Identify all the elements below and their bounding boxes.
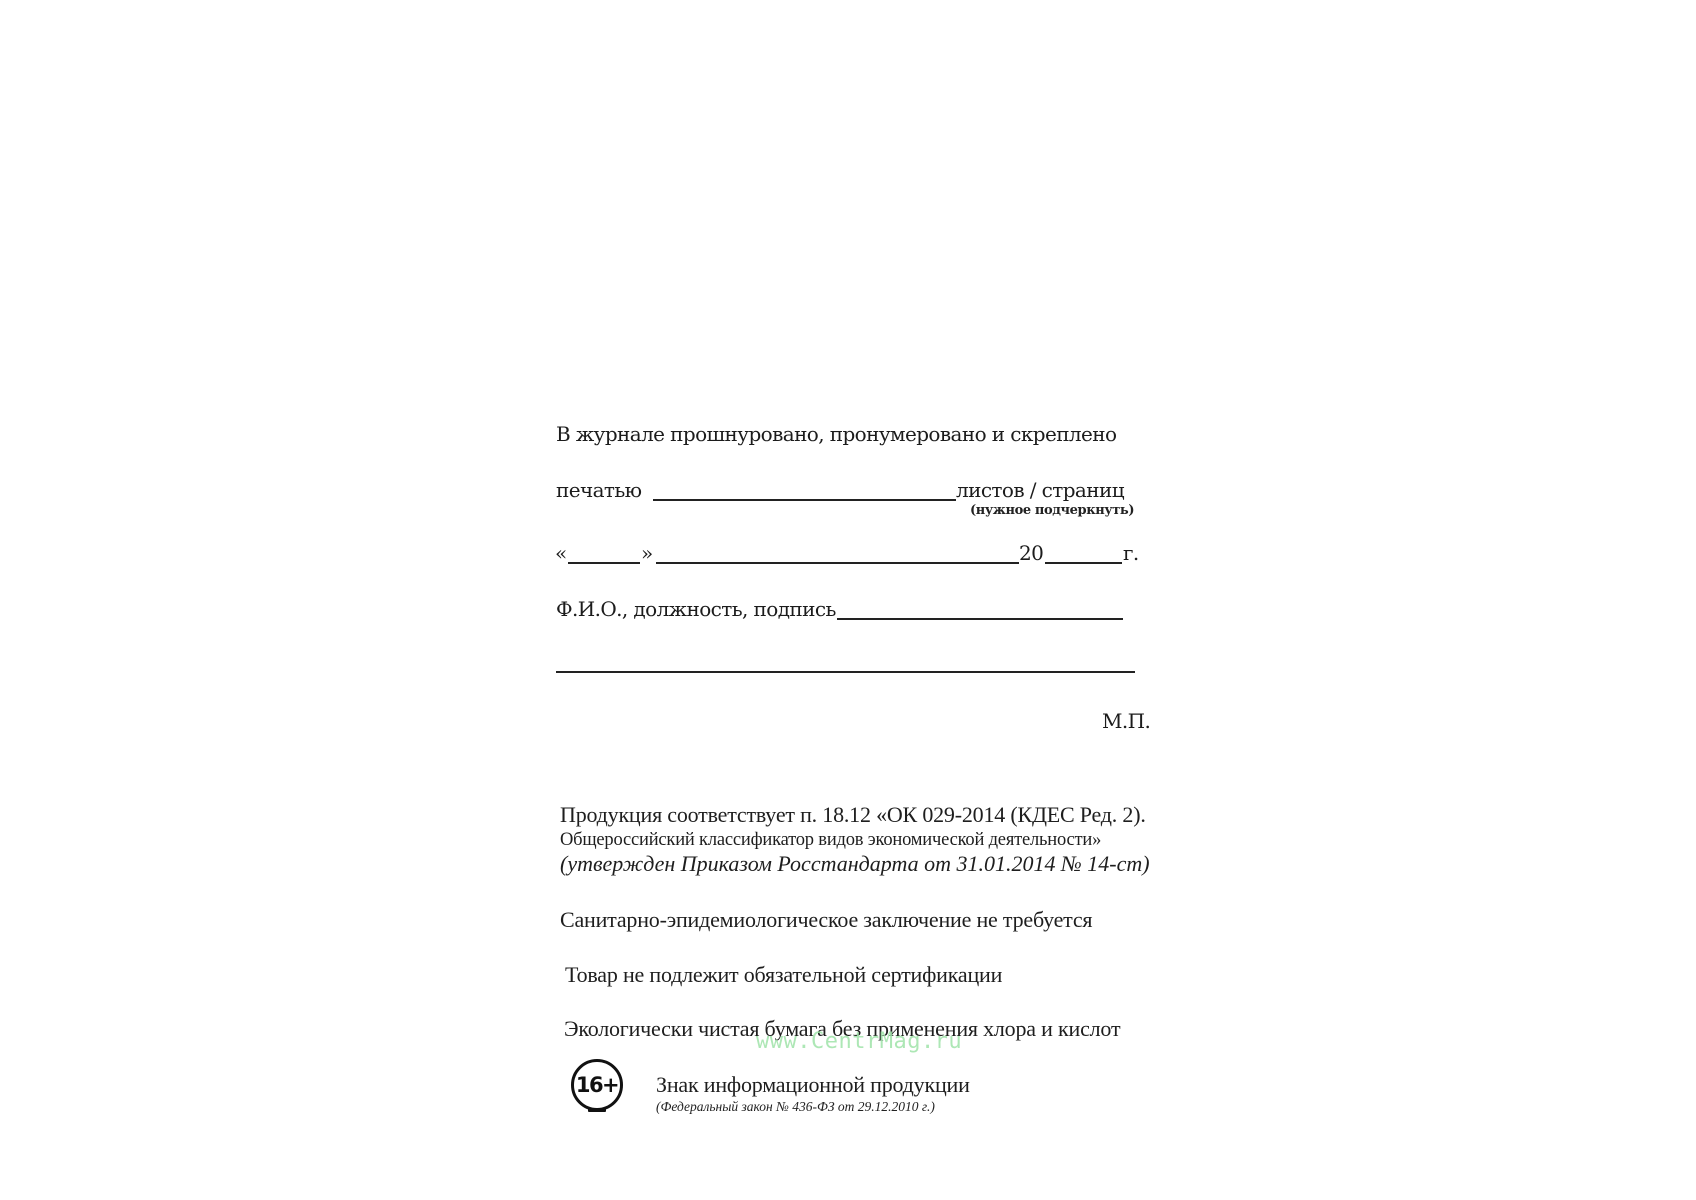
info-product-law-reference: (Федеральный закон № 436-ФЗ от 29.12.201… bbox=[656, 1100, 935, 1114]
certification-statement: Товар не подлежит обязательной сертифика… bbox=[565, 964, 1002, 986]
date-year-suffix: г. bbox=[1123, 543, 1139, 563]
signature-label: Ф.И.О., должность, подпись bbox=[556, 599, 836, 619]
age-rating-16-plus-icon: 16+ bbox=[571, 1059, 623, 1111]
age-rating-text: 16+ bbox=[576, 1073, 618, 1097]
site-watermark: www.CentrMag.ru bbox=[756, 1031, 962, 1053]
date-month-blank[interactable] bbox=[656, 562, 1019, 564]
okved-classifier-line: Общероссийский классификатор видов эконо… bbox=[560, 831, 1101, 850]
okved-compliance-line: Продукция соответствует п. 18.12 «ОК 029… bbox=[560, 804, 1146, 826]
date-day-blank[interactable] bbox=[568, 562, 640, 564]
signature-blank[interactable] bbox=[837, 618, 1123, 620]
date-open-quote: « bbox=[555, 543, 567, 563]
date-century: 20 bbox=[1019, 543, 1043, 563]
date-year-blank[interactable] bbox=[1045, 562, 1122, 564]
stamp-place-label: М.П. bbox=[1102, 711, 1150, 731]
date-close-quote: » bbox=[641, 543, 653, 563]
form-note-underline-needed: (нужное подчеркнуть) bbox=[970, 504, 1134, 517]
signature-continuation-blank[interactable] bbox=[556, 671, 1135, 673]
pages-count-blank[interactable] bbox=[653, 499, 956, 501]
form-label-seal: печатью bbox=[556, 480, 641, 500]
info-product-sign-label: Знак информационной продукции bbox=[656, 1074, 970, 1096]
form-line-laced-numbered: В журнале прошнуровано, пронумеровано и … bbox=[556, 424, 1116, 444]
age-rating-badge-tab bbox=[588, 1108, 606, 1112]
okved-approval-line: (утвержден Приказом Росстандарта от 31.0… bbox=[560, 853, 1150, 875]
form-label-sheets-pages: листов / страниц bbox=[956, 480, 1124, 500]
sanitary-statement: Санитарно-эпидемиологическое заключение … bbox=[560, 909, 1092, 931]
